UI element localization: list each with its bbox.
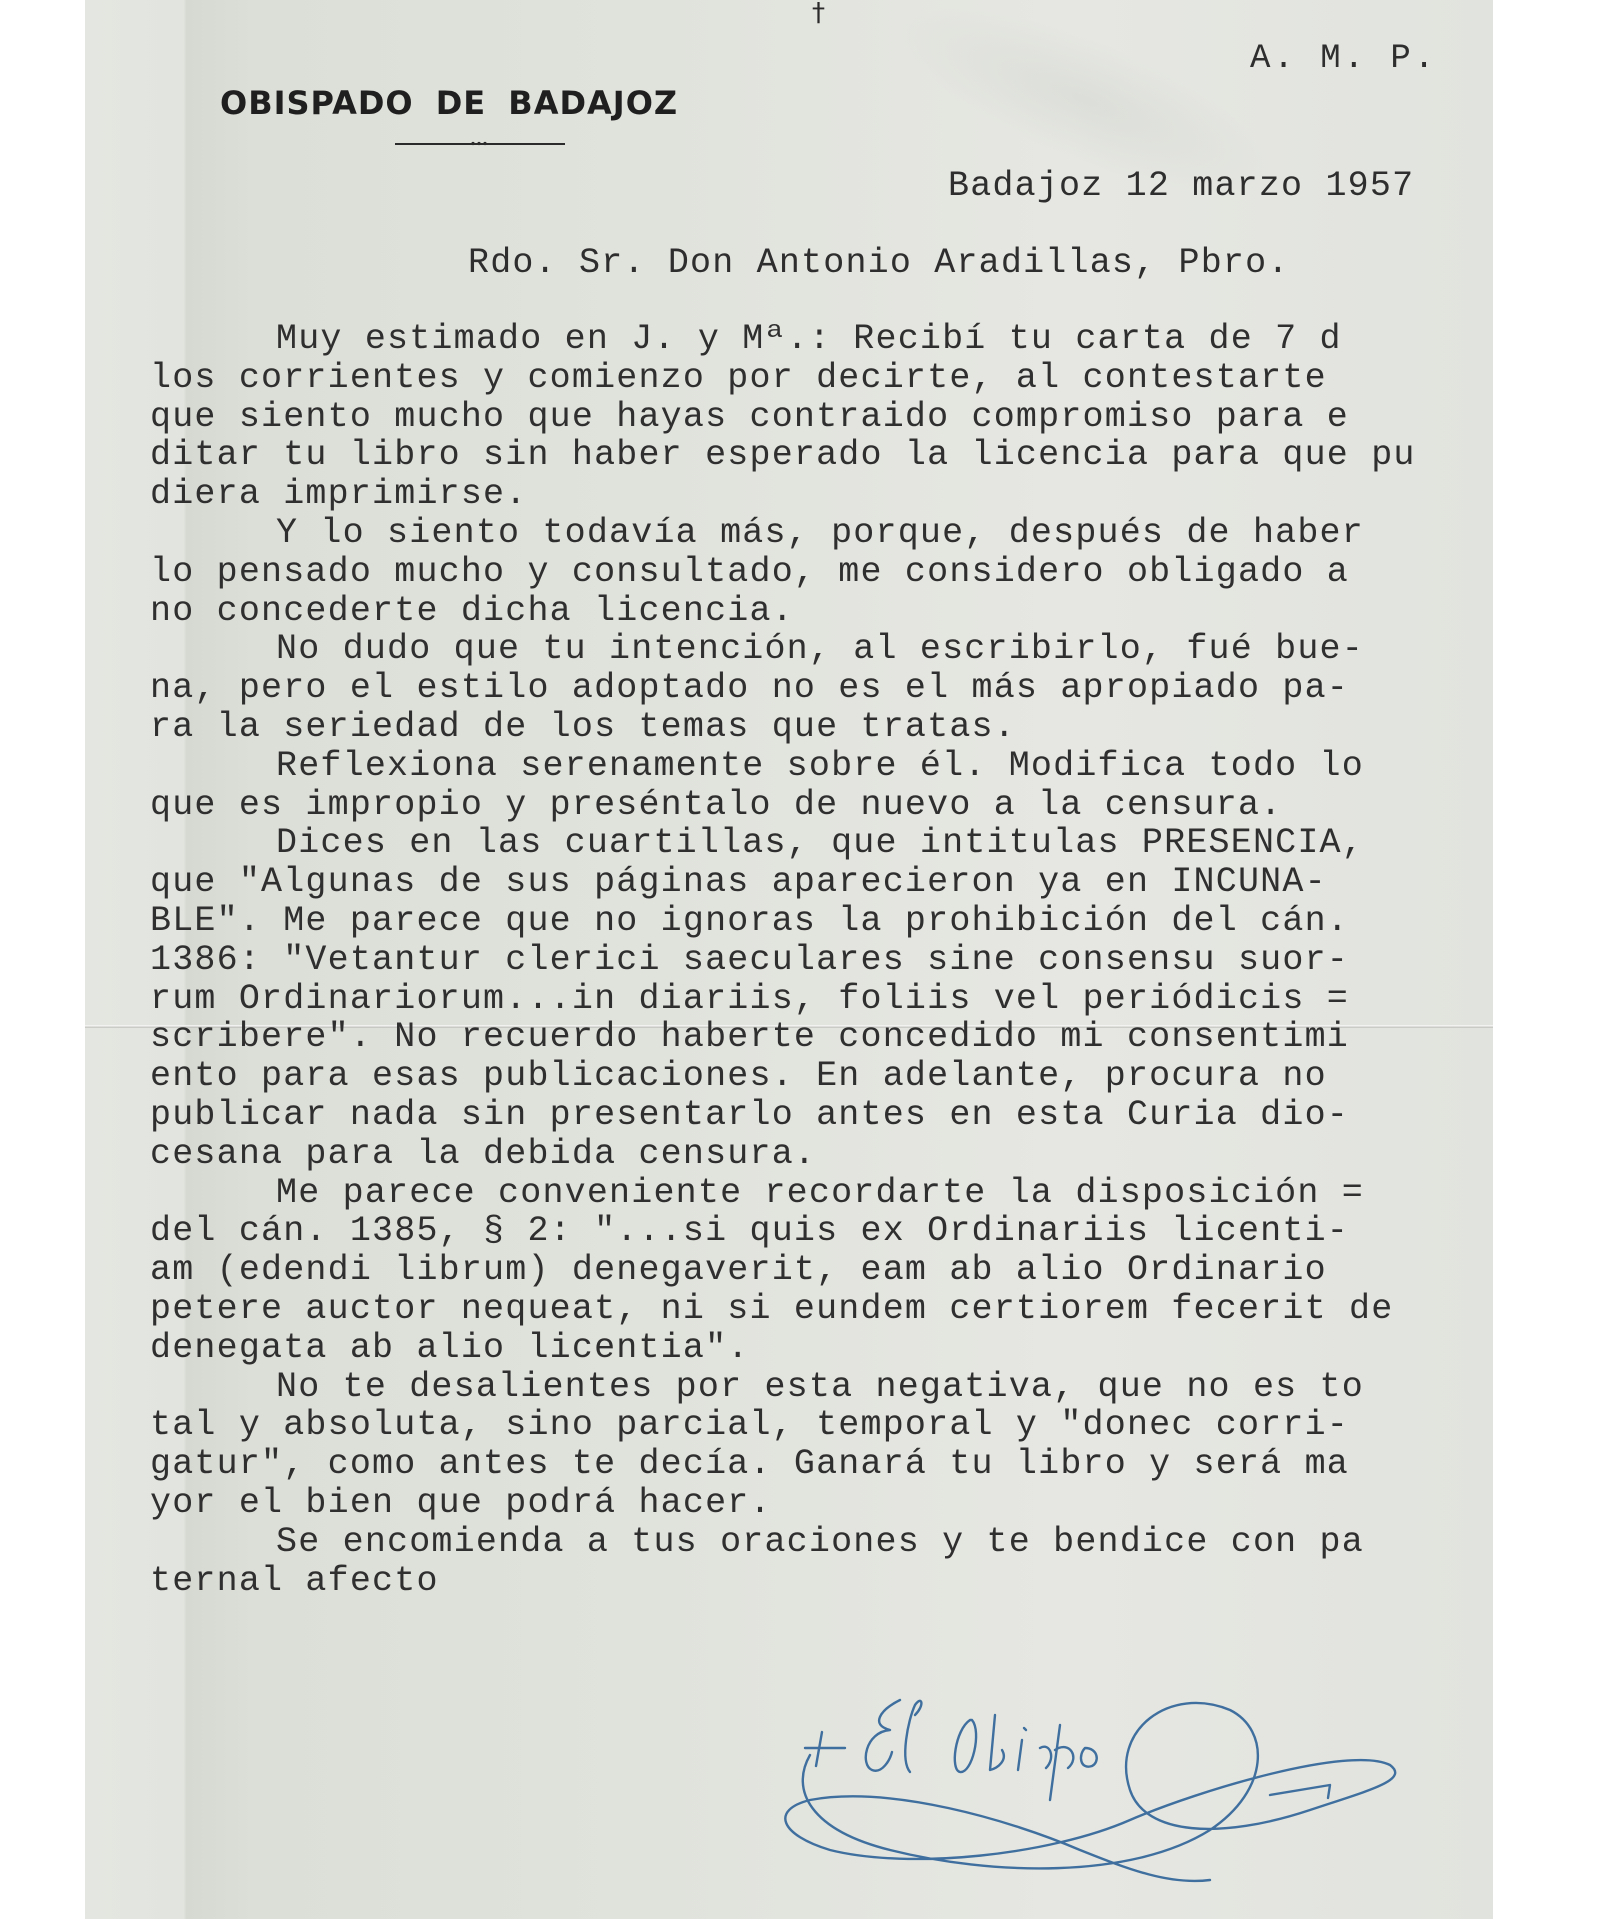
body-line: Me parece conveniente recordarte la disp… bbox=[150, 1174, 1490, 1213]
body-line: publicar nada sin presentarlo antes en e… bbox=[150, 1096, 1490, 1135]
body-line: que "Algunas de sus páginas aparecieron … bbox=[150, 863, 1490, 902]
body-line: na, pero el estilo adoptado no es el más… bbox=[150, 669, 1490, 708]
body-line: yor el bien que podrá hacer. bbox=[150, 1484, 1490, 1523]
cross-icon: † bbox=[812, 0, 825, 26]
body-line: del cán. 1385, § 2: "...si quis ex Ordin… bbox=[150, 1212, 1490, 1251]
letterhead-divider bbox=[395, 143, 565, 145]
body-line: lo pensado mucho y consultado, me consid… bbox=[150, 553, 1490, 592]
body-line: ternal afecto bbox=[150, 1562, 1490, 1601]
body-line: Dices en las cuartillas, que intitulas P… bbox=[150, 824, 1490, 863]
body-line: cesana para la debida censura. bbox=[150, 1135, 1490, 1174]
body-line: rum Ordinariorum...in diariis, foliis ve… bbox=[150, 980, 1490, 1019]
body-line: los corrientes y comienzo por decirte, a… bbox=[150, 359, 1490, 398]
body-line: ditar tu libro sin haber esperado la lic… bbox=[150, 436, 1490, 475]
body-line: No dudo que tu intención, al escribirlo,… bbox=[150, 630, 1490, 669]
header-initials: A. M. P. bbox=[1250, 40, 1437, 78]
body-line: BLE". Me parece que no ignoras la prohib… bbox=[150, 902, 1490, 941]
body-line: denegata ab alio licentia". bbox=[150, 1329, 1490, 1368]
letter-body: Muy estimado en J. y Mª.: Recibí tu cart… bbox=[150, 320, 1490, 1600]
recipient: Rdo. Sr. Don Antonio Aradillas, Pbro. bbox=[468, 243, 1290, 283]
body-line: no concederte dicha licencia. bbox=[150, 592, 1490, 631]
body-line: tal y absoluta, sino parcial, temporal y… bbox=[150, 1406, 1490, 1445]
body-line: Reflexiona serenamente sobre él. Modific… bbox=[150, 747, 1490, 786]
body-line: Muy estimado en J. y Mª.: Recibí tu cart… bbox=[150, 320, 1490, 359]
body-line: Se encomienda a tus oraciones y te bendi… bbox=[150, 1523, 1490, 1562]
body-line: ento para esas publicaciones. En adelant… bbox=[150, 1057, 1490, 1096]
body-line: que es impropio y preséntalo de nuevo a … bbox=[150, 786, 1490, 825]
body-line: No te desalientes por esta negativa, que… bbox=[150, 1368, 1490, 1407]
body-line: diera imprimirse. bbox=[150, 475, 1490, 514]
body-line: petere auctor nequeat, ni si eundem cert… bbox=[150, 1290, 1490, 1329]
signature bbox=[750, 1670, 1450, 1910]
body-line: Y lo siento todavía más, porque, después… bbox=[150, 514, 1490, 553]
letterhead: OBISPADO DE BADAJOZ bbox=[220, 84, 678, 122]
place-date: Badajoz 12 marzo 1957 bbox=[948, 166, 1414, 206]
body-line: ra la seriedad de los temas que tratas. bbox=[150, 708, 1490, 747]
body-line: gatur", como antes te decía. Ganará tu l… bbox=[150, 1445, 1490, 1484]
body-line: am (edendi librum) denegaverit, eam ab a… bbox=[150, 1251, 1490, 1290]
body-line: que siento mucho que hayas contraido com… bbox=[150, 398, 1490, 437]
body-line: 1386: "Vetantur clerici saeculares sine … bbox=[150, 941, 1490, 980]
body-line: scribere". No recuerdo haberte concedido… bbox=[150, 1018, 1490, 1057]
